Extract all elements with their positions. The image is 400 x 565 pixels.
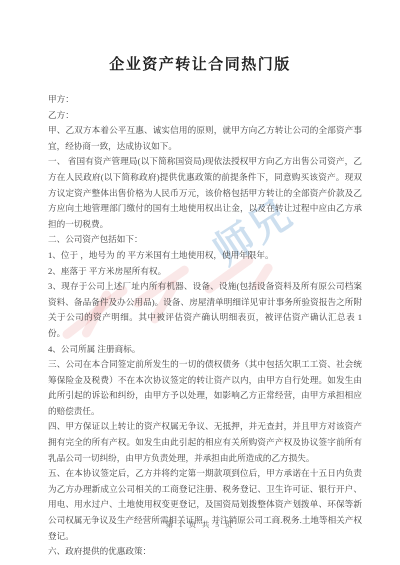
- contract-paragraph: 二、公司资产包括如下：: [48, 232, 362, 248]
- contract-paragraph: 五、在本协议签定后，乙方并将约定第一期款项到位后，甲方承诺在十五日内负责为乙方办…: [48, 466, 362, 544]
- contract-paragraph: 甲、乙双方本着公平互惠、诚实信用的原则，就甲方向乙方转让公司的全部资产事宜，经协…: [48, 123, 362, 154]
- contract-document-page: 师兄 企业资产转让合同热门版 甲方： 乙方： 甲、乙双方本着公平互惠、诚实信用的…: [0, 0, 400, 565]
- document-title: 企业资产转让合同热门版: [0, 53, 400, 74]
- contract-paragraph: 2、座落于 平方米房屋所有权。: [48, 264, 362, 280]
- contract-paragraph: 一、 省国有资产管理局(以下简称国资局)现依法授权甲方向乙方出售公司资产，乙方在…: [48, 154, 362, 232]
- page-number-footer: 第 1 页 共 5 页: [0, 519, 400, 530]
- contract-paragraph: 1、位于 ，地号为 的 平方米国有土地使用权，使用年限年。: [48, 248, 362, 264]
- party-a-line: 甲方：: [48, 92, 362, 108]
- contract-paragraphs: 甲、乙双方本着公平互惠、诚实信用的原则，就甲方向乙方转让公司的全部资产事宜，经协…: [48, 123, 362, 560]
- party-b-line: 乙方：: [48, 108, 362, 124]
- contract-paragraph: 3、现存于公司上述厂址内所有机器、设备、设施(包括设备资料及所有原公司档案资料、…: [48, 279, 362, 341]
- document-body: 甲方： 乙方： 甲、乙双方本着公平互惠、诚实信用的原则，就甲方向乙方转让公司的全…: [48, 92, 362, 560]
- contract-paragraph: 三、公司在本合同签定前所发生的一切的债权债务（其中包括欠职工工资、社会统筹保险金…: [48, 357, 362, 419]
- contract-paragraph: 四、甲方保证以上转让的资产权属无争议、无抵押，并无查封，并且甲方对该资产拥有完全…: [48, 419, 362, 466]
- contract-paragraph: 六、政府提供的优惠政策：: [48, 544, 362, 560]
- contract-paragraph: 4、公司所属 注册商标。: [48, 342, 362, 358]
